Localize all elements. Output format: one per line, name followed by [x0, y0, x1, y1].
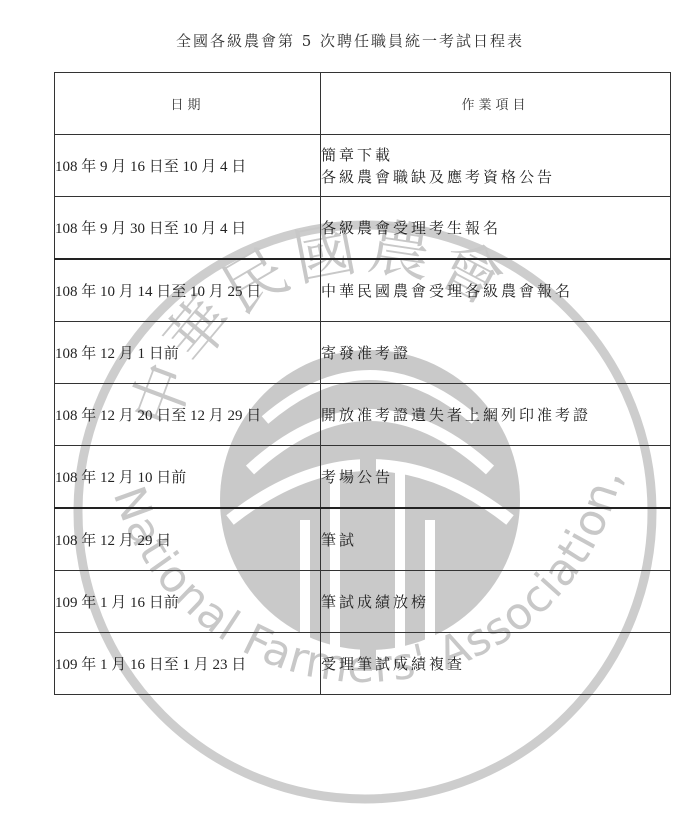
row-item: 簡章下載 各級農會職缺及應考資格公告	[321, 135, 671, 197]
row-item-line: 簡章下載	[321, 144, 670, 166]
document-title: 全國各級農會第 5 次聘任職員統一考試日程表	[0, 30, 700, 51]
row-item: 筆試成績放榜	[321, 571, 671, 633]
row-item-line: 開放准考證遺失者上網列印准考證	[321, 404, 670, 426]
row-item: 開放准考證遺失者上網列印准考證	[321, 384, 671, 446]
row-item-line: 中華民國農會受理各級農會報名	[321, 280, 670, 302]
table-row: 109 年 1 月 16 日至 1 月 23 日 受理筆試成績複查	[55, 633, 671, 695]
row-date: 108 年 9 月 30 日至 10 月 4 日	[55, 197, 321, 260]
table-row: 109 年 1 月 16 日前 筆試成績放榜	[55, 571, 671, 633]
table-row: 108 年 12 月 10 日前 考場公告	[55, 446, 671, 509]
row-item: 受理筆試成績複查	[321, 633, 671, 695]
table-row: 108 年 9 月 16 日至 10 月 4 日 簡章下載 各級農會職缺及應考資…	[55, 135, 671, 197]
row-item: 寄發准考證	[321, 322, 671, 384]
table-row: 108 年 12 月 1 日前 寄發准考證	[55, 322, 671, 384]
row-item: 考場公告	[321, 446, 671, 509]
header-date: 日期	[55, 73, 321, 135]
table-header-row: 日期 作業項目	[55, 73, 671, 135]
row-item-line: 受理筆試成績複查	[321, 653, 670, 675]
table-row: 108 年 9 月 30 日至 10 月 4 日 各級農會受理考生報名	[55, 197, 671, 260]
row-date: 108 年 12 月 10 日前	[55, 446, 321, 509]
table-row: 108 年 12 月 20 日至 12 月 29 日 開放准考證遺失者上網列印准…	[55, 384, 671, 446]
table-row: 108 年 10 月 14 日至 10 月 25 日 中華民國農會受理各級農會報…	[55, 259, 671, 322]
row-date: 108 年 9 月 16 日至 10 月 4 日	[55, 135, 321, 197]
row-item-line: 寄發准考證	[321, 342, 670, 364]
row-date: 108 年 10 月 14 日至 10 月 25 日	[55, 259, 321, 322]
row-date: 109 年 1 月 16 日至 1 月 23 日	[55, 633, 321, 695]
row-date: 109 年 1 月 16 日前	[55, 571, 321, 633]
row-item-line: 筆試成績放榜	[321, 591, 670, 613]
row-item: 中華民國農會受理各級農會報名	[321, 259, 671, 322]
row-item-line: 筆試	[321, 529, 670, 551]
row-item: 筆試	[321, 508, 671, 571]
header-item: 作業項目	[321, 73, 671, 135]
row-item-line: 各級農會受理考生報名	[321, 217, 670, 239]
table-row: 108 年 12 月 29 日 筆試	[55, 508, 671, 571]
row-item-line: 各級農會職缺及應考資格公告	[321, 166, 670, 188]
row-item: 各級農會受理考生報名	[321, 197, 671, 260]
row-date: 108 年 12 月 20 日至 12 月 29 日	[55, 384, 321, 446]
row-item-line: 考場公告	[321, 466, 670, 488]
row-date: 108 年 12 月 1 日前	[55, 322, 321, 384]
exam-schedule-table: 日期 作業項目 108 年 9 月 16 日至 10 月 4 日 簡章下載 各級…	[54, 72, 671, 695]
row-date: 108 年 12 月 29 日	[55, 508, 321, 571]
